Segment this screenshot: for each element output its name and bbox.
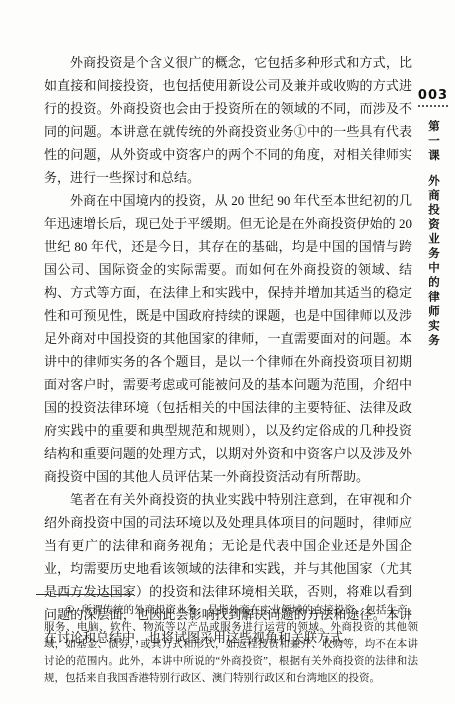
paragraph: 外商在中国境内的投资，从 20 世纪 90 年代至本世纪初的几年迅速增长后，现已… xyxy=(44,189,412,488)
chapter-title-vertical: 第一课外商投资业务中的律师实务 xyxy=(425,120,441,349)
paragraph: 外商投资是个含义很广的概念，它包括多种形式和方式，比如直接和间接投资，也包括使用… xyxy=(44,51,412,189)
body-text: 外商投资是个含义很广的概念，它包括多种形式和方式，比如直接和间接投资，也包括使用… xyxy=(44,51,412,649)
page-margin-column: 003 第一课外商投资业务中的律师实务 xyxy=(414,88,452,349)
footnote: ①所谓传统的外商投资业务，是指外商在实业领域的直接投资，包括生产、服务、电脑、软… xyxy=(36,585,419,687)
footnote-body: 所谓传统的外商投资业务，是指外商在实业领域的直接投资，包括生产、服务、电脑、软件… xyxy=(44,605,418,684)
footnote-separator xyxy=(36,585,419,592)
chapter-name: 外商投资业务中的律师实务 xyxy=(427,175,439,349)
footnote-text: ①所谓传统的外商投资业务，是指外商在实业领域的直接投资，包括生产、服务、电脑、软… xyxy=(44,602,418,687)
footnote-separator-segment xyxy=(54,594,134,595)
page-number: 003 xyxy=(418,88,448,103)
page-number-dotted-rule xyxy=(418,105,448,107)
book-page: 外商投资是个含义很广的概念，它包括多种形式和方式，比如直接和间接投资，也包括使用… xyxy=(0,0,455,704)
footnote-separator-segment xyxy=(36,594,49,595)
footnote-marker: ① xyxy=(65,605,74,616)
chapter-label: 第一课 xyxy=(427,120,439,164)
